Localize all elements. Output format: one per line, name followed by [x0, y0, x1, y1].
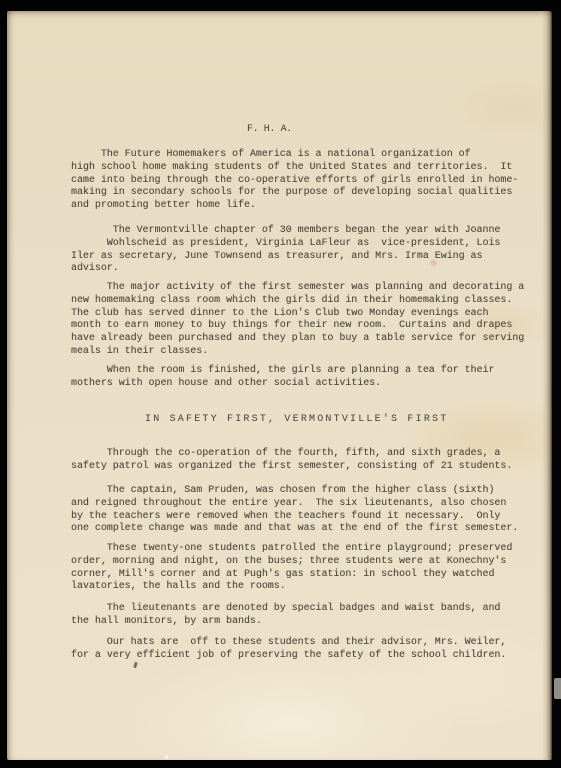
scan-background: F. H. A. The Future Homemakers of Americ… — [0, 0, 561, 768]
paragraph-safety-1: Through the co-operation of the fourth, … — [71, 447, 512, 473]
paragraph-fha-2: The Vermontville chapter of 30 members b… — [71, 224, 500, 275]
paragraph-safety-5: Our hats are off to these students and t… — [71, 636, 506, 662]
paragraph-fha-4: When the room is finished, the girls are… — [71, 364, 494, 390]
faint-stain-dot — [430, 260, 437, 266]
paragraph-fha-3: The major activity of the first semester… — [71, 281, 524, 358]
paper-fleck — [165, 755, 168, 759]
page-edge-tab — [554, 678, 561, 699]
paragraph-safety-3: These twenty-one students patrolled the … — [71, 542, 512, 593]
section-title-fha: F. H. A. — [247, 124, 292, 137]
document-page: F. H. A. The Future Homemakers of Americ… — [7, 11, 552, 760]
paragraph-safety-4: The lieutenants are denoted by special b… — [71, 602, 500, 628]
paragraph-safety-2: The captain, Sam Pruden, was chosen from… — [71, 484, 518, 535]
section-title-safety: IN SAFETY FIRST, VERMONTVILLE'S FIRST — [145, 414, 448, 427]
paragraph-fha-1: The Future Homemakers of America is a na… — [71, 148, 518, 212]
stray-ink-mark — [133, 662, 138, 669]
